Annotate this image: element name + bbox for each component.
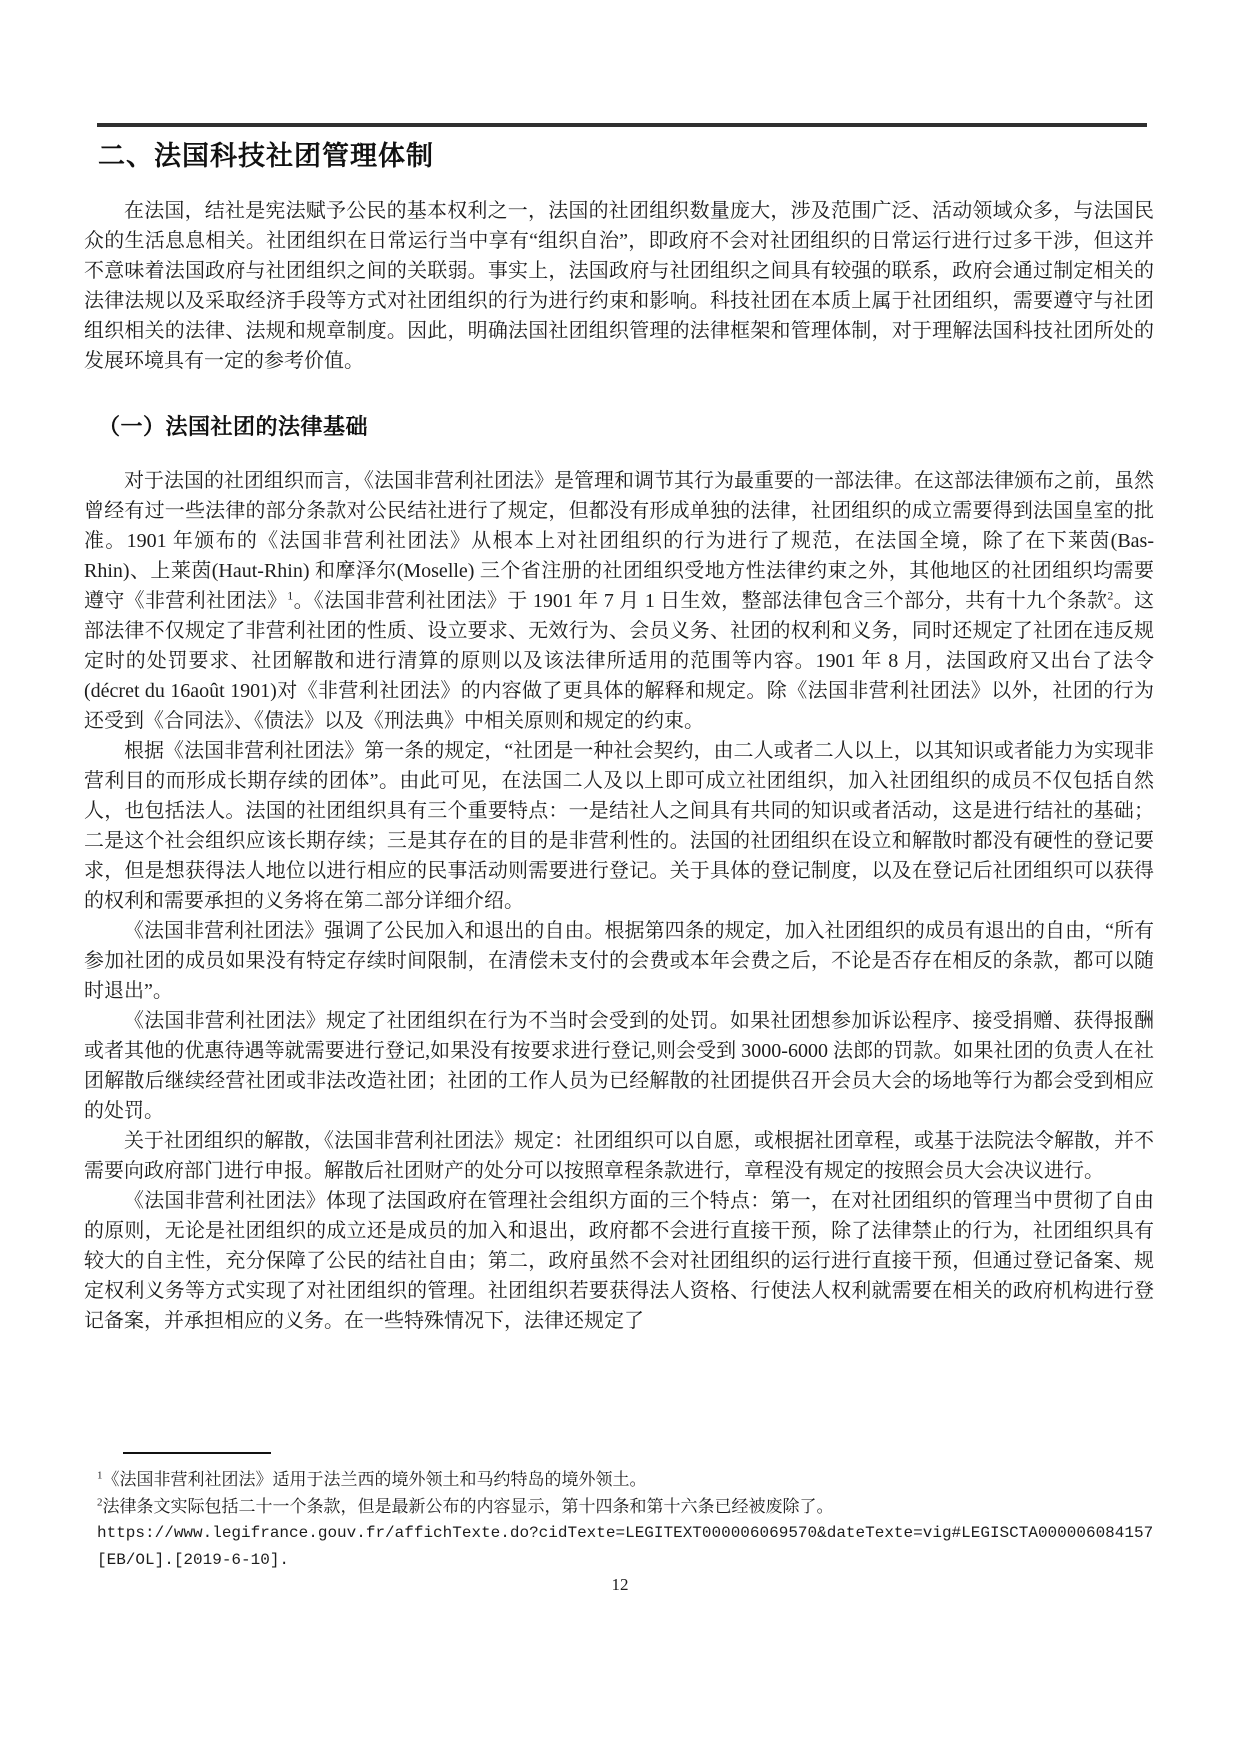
- page-number: 12: [0, 1575, 1240, 1595]
- document-page: 二、法国科技社团管理体制 在法国，结社是宪法赋予公民的基本权利之一，法国的社团组…: [0, 0, 1240, 1753]
- section-heading: （一）法国社团的法律基础: [98, 412, 1154, 442]
- body-content: 在法国，结社是宪法赋予公民的基本权利之一，法国的社团组织数量庞大，涉及范围广泛、…: [84, 196, 1154, 1336]
- footnote-2-url: https://www.legifrance.gouv.fr/affichTex…: [97, 1520, 1155, 1574]
- header-rule: [97, 123, 1147, 127]
- footnote-2: 2法律条文实际包括二十一个条款，但是最新公布的内容显示，第十四条和第十六条已经被…: [97, 1493, 1155, 1520]
- paragraph-intro: 在法国，结社是宪法赋予公民的基本权利之一，法国的社团组织数量庞大，涉及范围广泛、…: [84, 196, 1154, 376]
- footnote-1: 1《法国非营利社团法》适用于法兰西的境外领土和马约特岛的境外领土。: [97, 1466, 1155, 1493]
- paragraph-three-features: 《法国非营利社团法》体现了法国政府在管理社会组织方面的三个特点：第一，在对社团组…: [84, 1186, 1154, 1336]
- paragraph-legal-basis: 对于法国的社团组织而言，《法国非营利社团法》是管理和调节其行为最重要的一部法律。…: [84, 466, 1154, 736]
- paragraph-penalty: 《法国非营利社团法》规定了社团组织在行为不当时会受到的处罚。如果社团想参加诉讼程…: [84, 1006, 1154, 1126]
- paragraph-freedom: 《法国非营利社团法》强调了公民加入和退出的自由。根据第四条的规定，加入社团组织的…: [84, 916, 1154, 1006]
- footnote-1-text: 《法国非营利社团法》适用于法兰西的境外领土和马约特岛的境外领土。: [103, 1470, 647, 1489]
- paragraph-text: 。《法国非营利社团法》于 1901 年 7 月 1 日生效，整部法律包含三个部分…: [293, 590, 1107, 612]
- page-title: 二、法国科技社团管理体制: [98, 136, 434, 176]
- footnote-2-text: 法律条文实际包括二十一个条款，但是最新公布的内容显示，第十四条和第十六条已经被废…: [103, 1497, 834, 1516]
- footnote-area: 1《法国非营利社团法》适用于法兰西的境外领土和马约特岛的境外领土。 2法律条文实…: [97, 1452, 1155, 1574]
- footnote-separator: [123, 1452, 271, 1454]
- paragraph-dissolution: 关于社团组织的解散，《法国非营利社团法》规定：社团组织可以自愿，或根据社团章程，…: [84, 1126, 1154, 1186]
- paragraph-article1: 根据《法国非营利社团法》第一条的规定，“社团是一种社会契约，由二人或者二人以上，…: [84, 736, 1154, 916]
